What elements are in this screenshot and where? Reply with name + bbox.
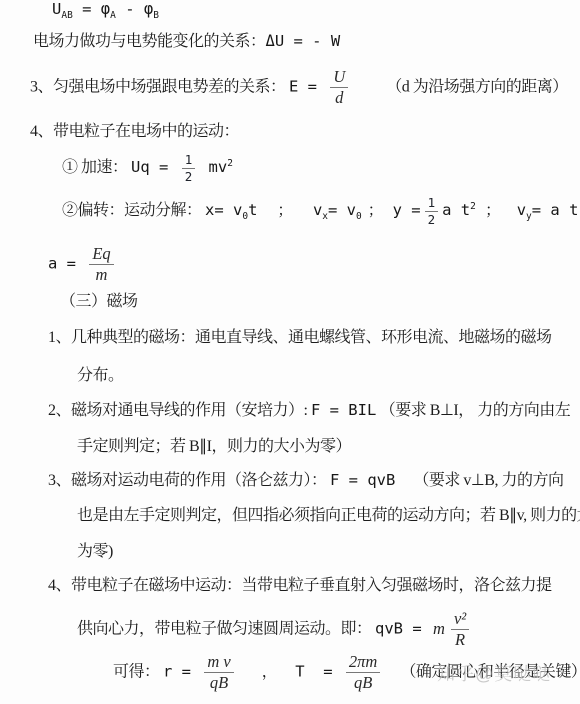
chinese-text: 3、磁场对运动电荷的作用（洛仑兹力）： — [48, 472, 330, 489]
chinese-text: 4、带电粒子在磁场中运动：当带电粒子垂直射入匀强磁场时，洛仑兹力提 — [48, 577, 552, 594]
line-charged-particle-motion-heading: 4、带电粒子在电场中的运动： — [30, 123, 239, 141]
fraction-numerator: 1 — [425, 196, 439, 212]
formula-text: ； — [277, 201, 293, 219]
formula-uab: UAB = φA - φB — [52, 1, 159, 19]
formula-text: a t — [442, 201, 470, 219]
line-radius-period-formula: 可得： r = m vqB，T = 2πmqB（确定圆心和半径是关键） — [113, 653, 580, 693]
subscript: 0 — [356, 211, 362, 222]
fraction: v²R — [451, 610, 469, 650]
fraction-numerator: v² — [451, 610, 469, 630]
chinese-text: 供向心力，带电粒子做匀速圆周运动。即： — [77, 621, 375, 638]
formula-text: ； — [476, 201, 501, 219]
line-circular-motion-2: 供向心力，带电粒子做匀速圆周运动。即： qvB = mv²R — [77, 610, 473, 650]
chinese-text: 也是由左手定则判定，但四指必须指向正电荷的运动方向；若 B∥v, 则力的大小 — [77, 507, 580, 524]
formula-text: ΔU = - W — [266, 32, 341, 50]
formula-text: - φ — [116, 0, 153, 18]
chinese-text: 3、匀强电场中场强跟电势差的关系： — [30, 79, 289, 96]
fraction: 12 — [425, 196, 439, 227]
formula-text: E = — [289, 78, 326, 96]
line-lorentz-force-2: 也是由左手定则判定，但四指必须指向正电荷的运动方向；若 B∥v, 则力的大小 — [77, 507, 580, 525]
section-heading-magnetic-field: （三）磁场 — [60, 293, 138, 311]
line-ampere-force-1: 2、磁场对通电导线的作用（安培力）: F = BIL （要求 B⊥I， 力的方向… — [48, 402, 570, 420]
formula-text: = a t — [532, 201, 579, 219]
formula-text: ； y = — [368, 201, 421, 219]
chinese-text: ① 加速： — [62, 159, 131, 176]
fraction-numerator: Eq — [89, 245, 113, 265]
fraction: m vqB — [204, 653, 233, 693]
line-acceleration-a-formula: a = Eqm — [48, 245, 118, 285]
chinese-text: 分布。 — [77, 367, 124, 384]
italic-variable: m — [431, 619, 447, 638]
formula-text: = v — [328, 201, 356, 219]
chinese-text: 可得： — [113, 664, 163, 681]
fraction-numerator: U — [330, 68, 348, 88]
document-page: 知乎@莫哒哒 UAB = φA - φB电场力做功与电势能变化的关系：ΔU = … — [0, 0, 580, 704]
line-ampere-force-2: 手定则判定；若 B∥I，则力的大小为零） — [77, 438, 351, 456]
fraction-denominator: qB — [351, 673, 375, 692]
line-deflection-formulas: ②偏转：运动分解： x= v0t；vx= v0； y =12a t2 ；vy= … — [62, 196, 578, 227]
formula-text: a = — [48, 255, 85, 273]
fraction: Ud — [330, 68, 348, 108]
chinese-text: 2、磁场对通电导线的作用（安培力）: — [48, 402, 311, 419]
chinese-text: ②偏转：运动分解： — [62, 202, 205, 219]
formula-text: v — [517, 201, 526, 219]
fraction-numerator: m v — [204, 653, 233, 673]
line-acceleration-formula: ① 加速： Uq = 12 mv2 — [62, 153, 233, 184]
fraction-denominator: qB — [207, 673, 231, 692]
formula-text: qvB = — [375, 620, 431, 638]
subscript: x — [322, 211, 328, 222]
line-lorentz-force-3: 为零) — [77, 543, 113, 561]
fraction-denominator: m — [93, 265, 111, 284]
chinese-text: 为零) — [77, 543, 113, 560]
subscript: 0 — [242, 211, 248, 222]
chinese-text: （确定圆心和半径是关键） — [400, 664, 580, 681]
subscript: y — [526, 211, 532, 222]
formula-text: mv — [199, 158, 227, 176]
chinese-text: 手定则判定；若 B∥I，则力的大小为零） — [77, 438, 351, 455]
formula-text: = φ — [73, 0, 110, 18]
formula-text: r = — [163, 663, 200, 681]
fraction: 2πmqB — [346, 653, 380, 693]
line-lorentz-force-1: 3、磁场对运动电荷的作用（洛仑兹力）： F = qvB（要求 v⊥B, 力的方向 — [48, 472, 563, 490]
formula-text: Uq = — [131, 158, 178, 176]
formula-text: x= v — [205, 201, 242, 219]
chinese-text: 电场力做功与电势能变化的关系： — [33, 33, 266, 50]
fraction: Eqm — [89, 245, 113, 285]
subscript: A — [110, 10, 116, 21]
chinese-text: （要求 B⊥I， 力的方向由左 — [376, 402, 570, 419]
fraction-numerator: 2πm — [346, 653, 380, 673]
fraction-denominator: d — [332, 88, 346, 107]
formula-text: t — [248, 201, 257, 219]
chinese-text: 1、几种典型的磁场：通电直导线、通电螺线管、环形电流、地磁场的磁场 — [48, 329, 552, 346]
fraction-denominator: 2 — [182, 169, 196, 184]
line-typical-fields-2: 分布。 — [77, 367, 124, 385]
line-circular-motion-1: 4、带电粒子在磁场中运动：当带电粒子垂直射入匀强磁场时，洛仑兹力提 — [48, 577, 552, 595]
line-uniform-field-formula: 3、匀强电场中场强跟电势差的关系： E = Ud（d 为沿场强方向的距离） — [30, 68, 568, 108]
chinese-text: （d 为沿场强方向的距离） — [386, 79, 568, 96]
superscript: 2 — [470, 201, 476, 212]
chinese-text: （三）磁场 — [60, 293, 138, 310]
formula-text: T = — [295, 663, 342, 681]
chinese-text: 4、带电粒子在电场中的运动： — [30, 123, 239, 140]
formula-text: U — [52, 0, 61, 18]
formula-text: ， — [262, 663, 278, 681]
fraction-denominator: R — [452, 630, 468, 649]
line-typical-fields-1: 1、几种典型的磁场：通电直导线、通电螺线管、环形电流、地磁场的磁场 — [48, 329, 552, 347]
fraction-numerator: 1 — [182, 153, 196, 169]
formula-text: v — [313, 201, 322, 219]
subscript: AB — [61, 10, 72, 21]
chinese-text: （要求 v⊥B, 力的方向 — [413, 472, 563, 489]
line-work-potential-energy: 电场力做功与电势能变化的关系：ΔU = - W — [33, 33, 340, 51]
formula-text: F = qvB — [330, 471, 395, 489]
fraction: 12 — [182, 153, 196, 184]
formula-text: F = BIL — [311, 401, 376, 419]
subscript: B — [153, 10, 159, 21]
fraction-denominator: 2 — [425, 212, 439, 227]
superscript: 2 — [227, 158, 233, 169]
